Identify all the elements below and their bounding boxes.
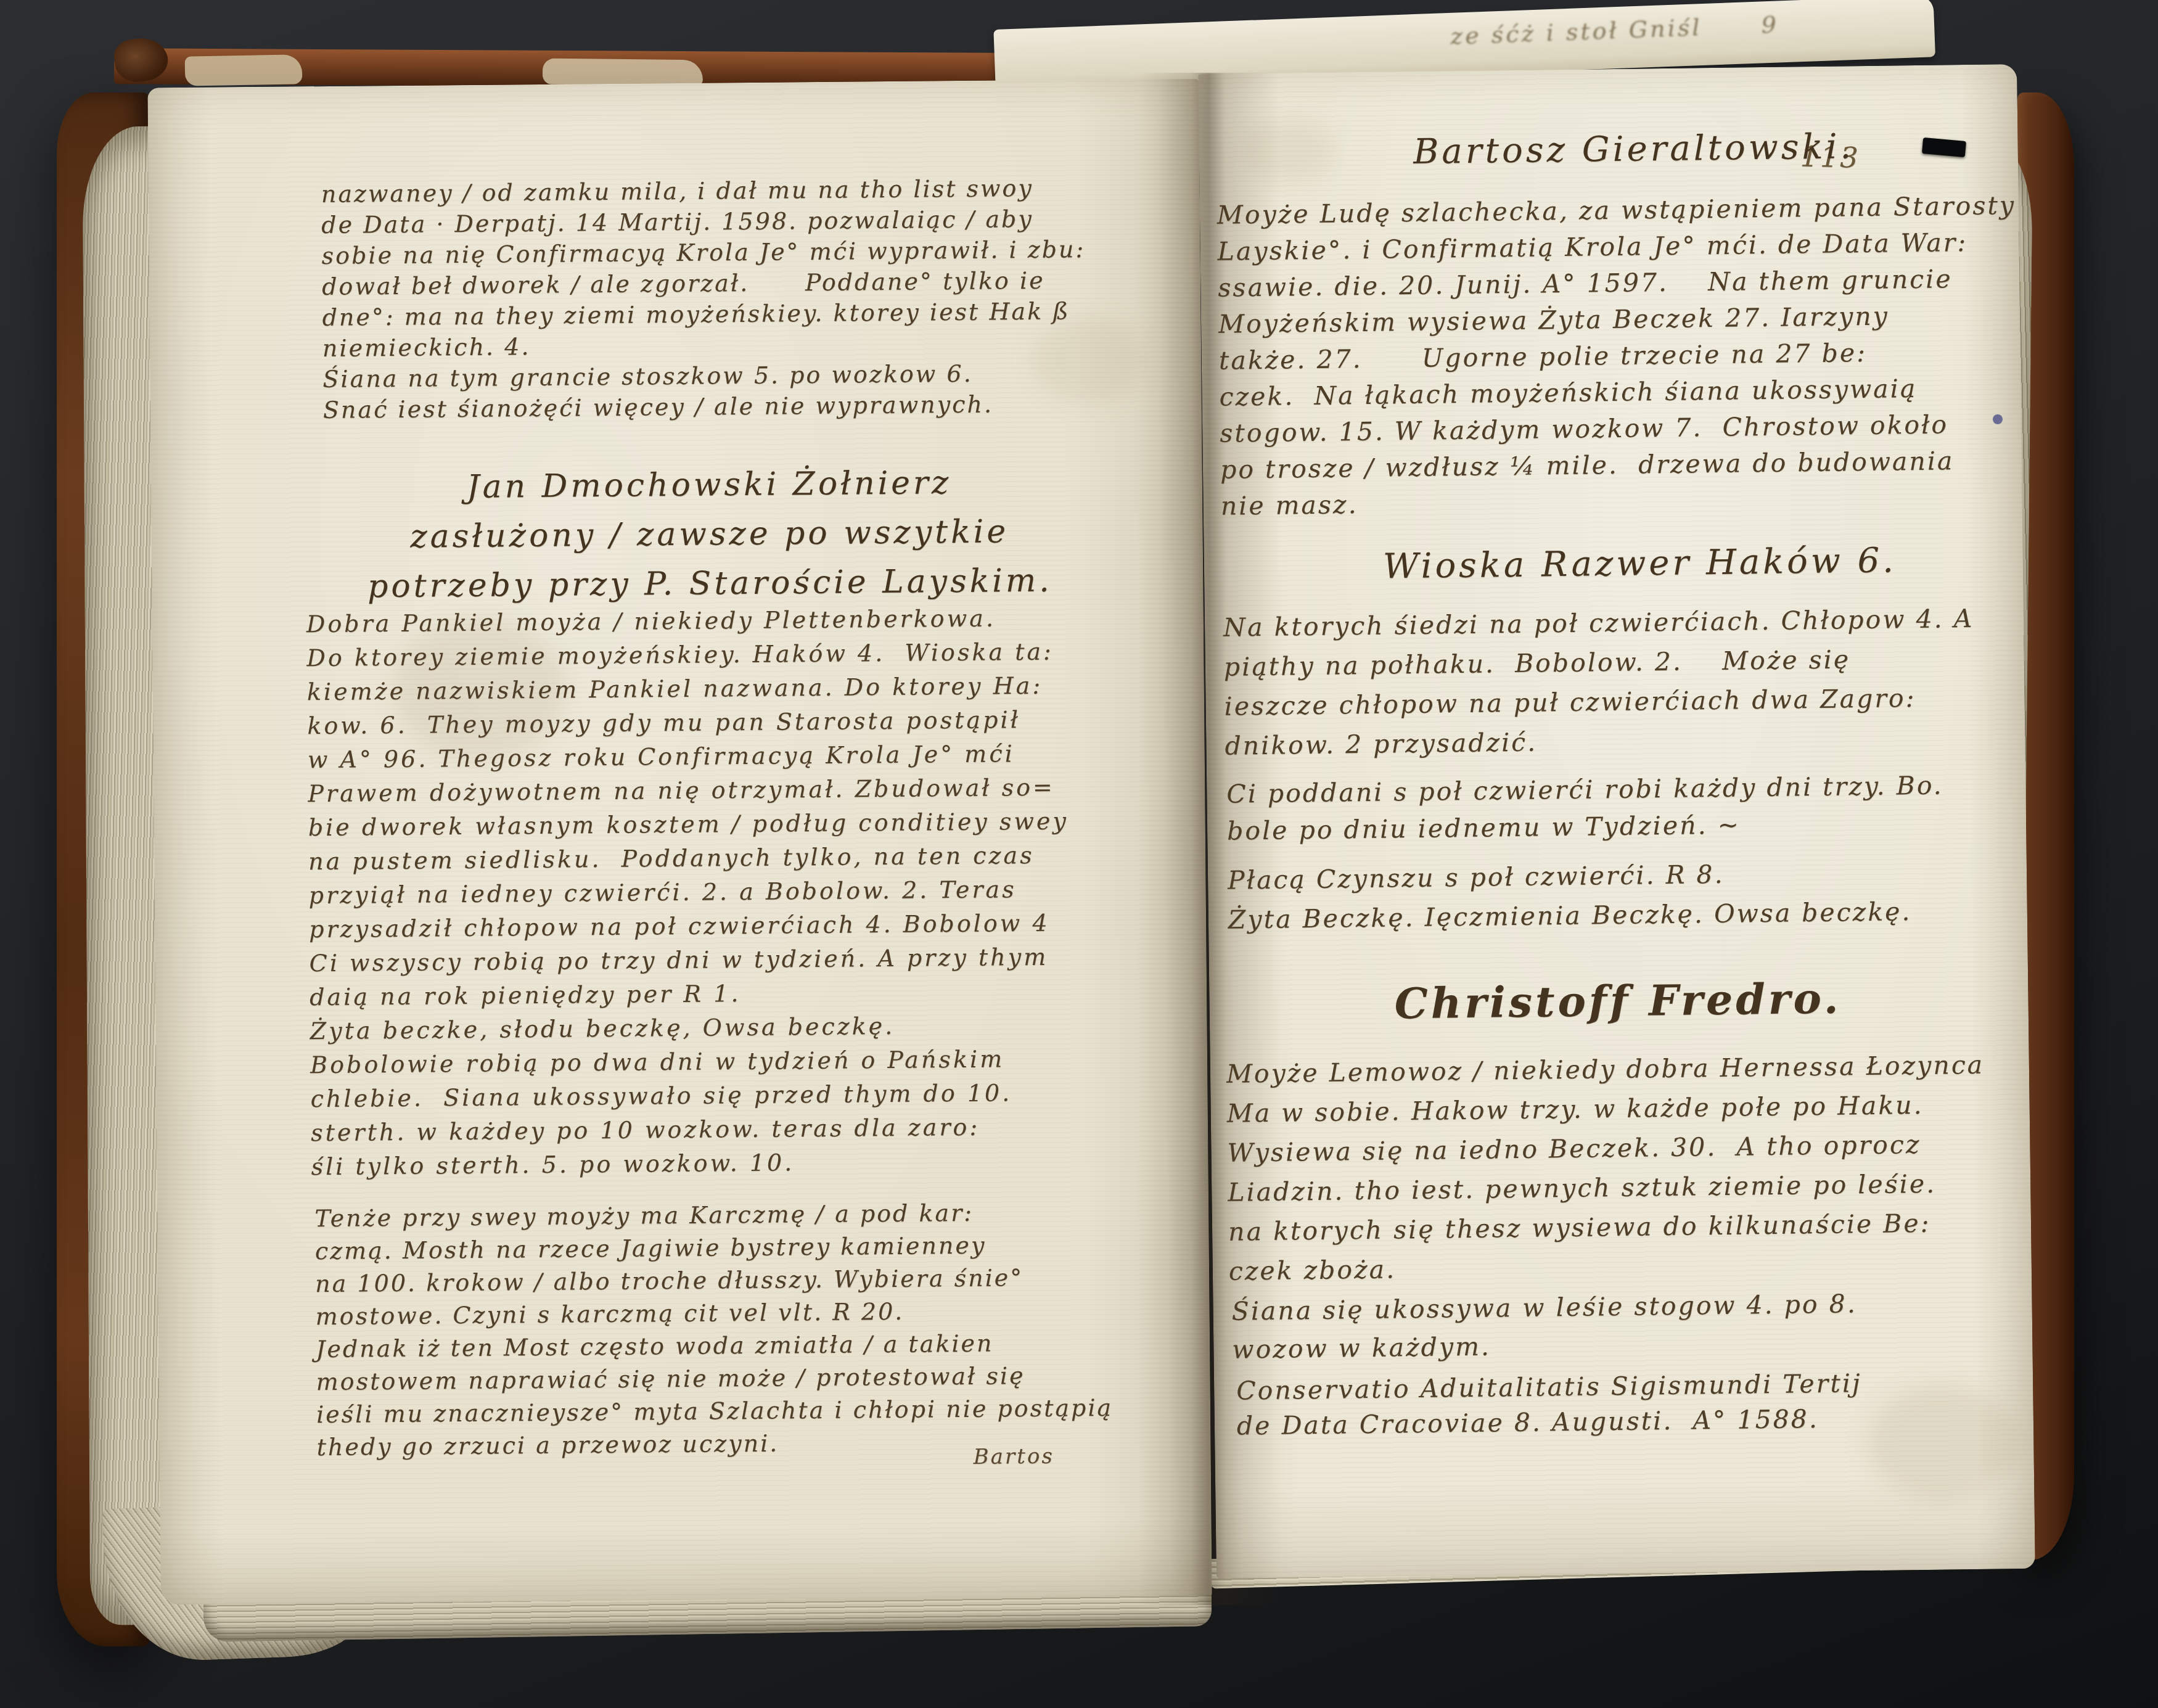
manuscript-line: Śiana się ukossywa w leśie stogow 4. po …: [1231, 1284, 1857, 1330]
paragraph-placa-czynszu: Płacą Czynszu s poł czwierći. R 8. Żyta …: [1228, 852, 1912, 940]
torn-paper-patch: [543, 59, 703, 86]
photo-backdrop: ze śćż i stoł Gniśl 9 nazwaney / od zamk…: [0, 0, 2158, 1708]
paragraph-moyze-lemowoz: Moyże Lemowoz / niekiedy dobra Hernessa …: [1226, 1045, 1987, 1291]
paragraph-ci-poddani: Ci poddani s poł czwierći robi każdy dni…: [1226, 767, 1944, 850]
gutter-shadow: [1138, 73, 1279, 1605]
paragraph-nazwaney: nazwaney / od zamku mila, i dał mu na th…: [321, 172, 1087, 425]
paragraph-karczma-most: Tenże przy swey moyży ma Karczmę / a pod…: [314, 1196, 1114, 1464]
manuscript-line: Żyta Beczkę. Ięczmienia Beczkę. Owsa bec…: [1228, 892, 1912, 940]
right-page: 113 Bartosz Gieraltowski. Moyże Ludę szl…: [1198, 64, 2035, 1579]
paragraph-na-ktorych: Na ktorych śiedzi na poł czwierćiach. Ch…: [1223, 599, 1975, 766]
paragraph-moyze-lude: Moyże Ludę szlachecka, za wstąpieniem pa…: [1217, 187, 2019, 525]
manuscript-line: Snać iest śianożęći więcey / ale nie wyp…: [323, 388, 1087, 425]
manuscript-line: dnikow. 2 przysadzić.: [1225, 717, 1975, 766]
section-heading-jan-dmochowski: Jan Dmochowski Żołnierz zasłużony / zaws…: [324, 457, 1096, 612]
manuscript-line: bole po dniu iednemu w Tydzień. ~: [1227, 804, 1944, 850]
faded-script-fragment: ze śćż i stoł Gniśl 9: [1450, 10, 1779, 50]
paper-stain: [1868, 1384, 2017, 1503]
section-heading-bartosz-gieraltowski: Bartosz Gieraltowski.: [1310, 125, 1958, 173]
manuscript-line: sterth. w każdey po 10 wozkow. teras dla…: [311, 1109, 1071, 1150]
paragraph-dobra-pankiel: Dobra Pankiel moyża / niekiedy Plettenbe…: [306, 601, 1072, 1185]
manuscript-line: Ci wszyscy robią po trzy dni w tydzień. …: [309, 940, 1069, 980]
section-heading-christoff-fredro: Christoff Fredro.: [1394, 974, 1842, 1029]
manuscript-line: czek zboża.: [1228, 1242, 1987, 1291]
manuscript-line: ieśli mu znacznieysze° myta Szlachta i c…: [316, 1392, 1113, 1431]
section-heading-wioska-razwer: Wioska Razwer Haków 6.: [1383, 540, 1897, 586]
manuscript-line: śli tylko sterth. 5. po wozkow. 10.: [311, 1143, 1071, 1184]
left-page: nazwaney / od zamku mila, i dał mu na th…: [147, 79, 1212, 1605]
torn-paper-patch: [185, 54, 303, 86]
heading-line: zasłużony / zawsze po wszytkie: [324, 506, 1095, 562]
blue-mark: [1993, 414, 2003, 424]
paragraph-siana-sie: Śiana się ukossywa w leśie stogow 4. po …: [1231, 1284, 1858, 1368]
catchword: Bartos: [974, 1444, 1054, 1469]
manuscript-line: na 100. krokow / albo troche dłusszy. Wy…: [315, 1261, 1112, 1300]
manuscript-line: wozow w każdym.: [1232, 1323, 1858, 1368]
manuscript-line: de Data Cracoviae 8. Augusti. A° 1588.: [1237, 1401, 1863, 1443]
heading-line: Jan Dmochowski Żołnierz: [324, 457, 1095, 513]
paragraph-conservatio: Conservatio Aduitalitatis Sigismundi Ter…: [1236, 1366, 1863, 1443]
